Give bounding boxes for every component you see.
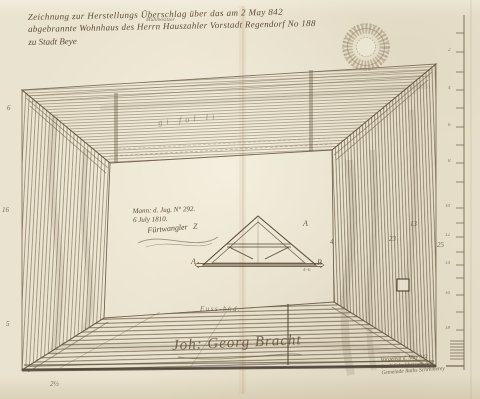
scale-ruler-numeral: 4 — [448, 86, 451, 91]
floor-label: Fuss-bod. — [200, 305, 241, 313]
dimension-number: 2½ — [50, 380, 59, 388]
dimension-number: 6 — [7, 104, 11, 112]
scale-ruler-numeral: 12 — [445, 233, 450, 238]
title-block: Zeichnung zur Herstellungs Überschlag üb… — [28, 5, 316, 48]
scale-ruler-numeral: 16 — [445, 291, 450, 296]
truss-letter-base-left: A — [191, 257, 196, 266]
truss-letter-upper-left: Z — [193, 222, 197, 231]
scale-ruler — [446, 15, 464, 370]
scale-ruler-numeral: 2 — [448, 48, 451, 53]
inner-field-outline — [104, 150, 334, 318]
scale-ruler-numeral: 10 — [445, 204, 450, 209]
drawing-sheet: Zeichnung zur Herstellungs Überschlag üb… — [0, 0, 480, 399]
dimension-number: 23 — [389, 235, 396, 243]
dimension-number: 4 — [330, 238, 334, 246]
wall-opening-symbol — [397, 279, 409, 291]
dimension-number: 25 — [437, 241, 444, 249]
scale-ruler-numeral: 14 — [445, 261, 450, 266]
truss-dimension: 4–6 — [303, 268, 311, 273]
scale-ruler-numeral: 8 — [448, 159, 451, 164]
scale-ruler-numeral: 18 — [445, 326, 450, 331]
dimension-number: 13 — [410, 220, 417, 228]
truss-letter-base-right: B — [317, 258, 322, 267]
title-inserted-word: Mühlbesitzer — [146, 17, 175, 23]
scale-ruler-numeral: 6 — [448, 123, 451, 128]
embossed-seal-stamp — [343, 24, 389, 70]
approval-note: Mann: d. Jug. N° 292. 6 July 1810. Fürtw… — [133, 205, 196, 234]
dimension-number: 5 — [6, 320, 10, 328]
truss-letter-upper-right: A — [303, 219, 308, 228]
dimension-number: 16 — [2, 206, 9, 214]
